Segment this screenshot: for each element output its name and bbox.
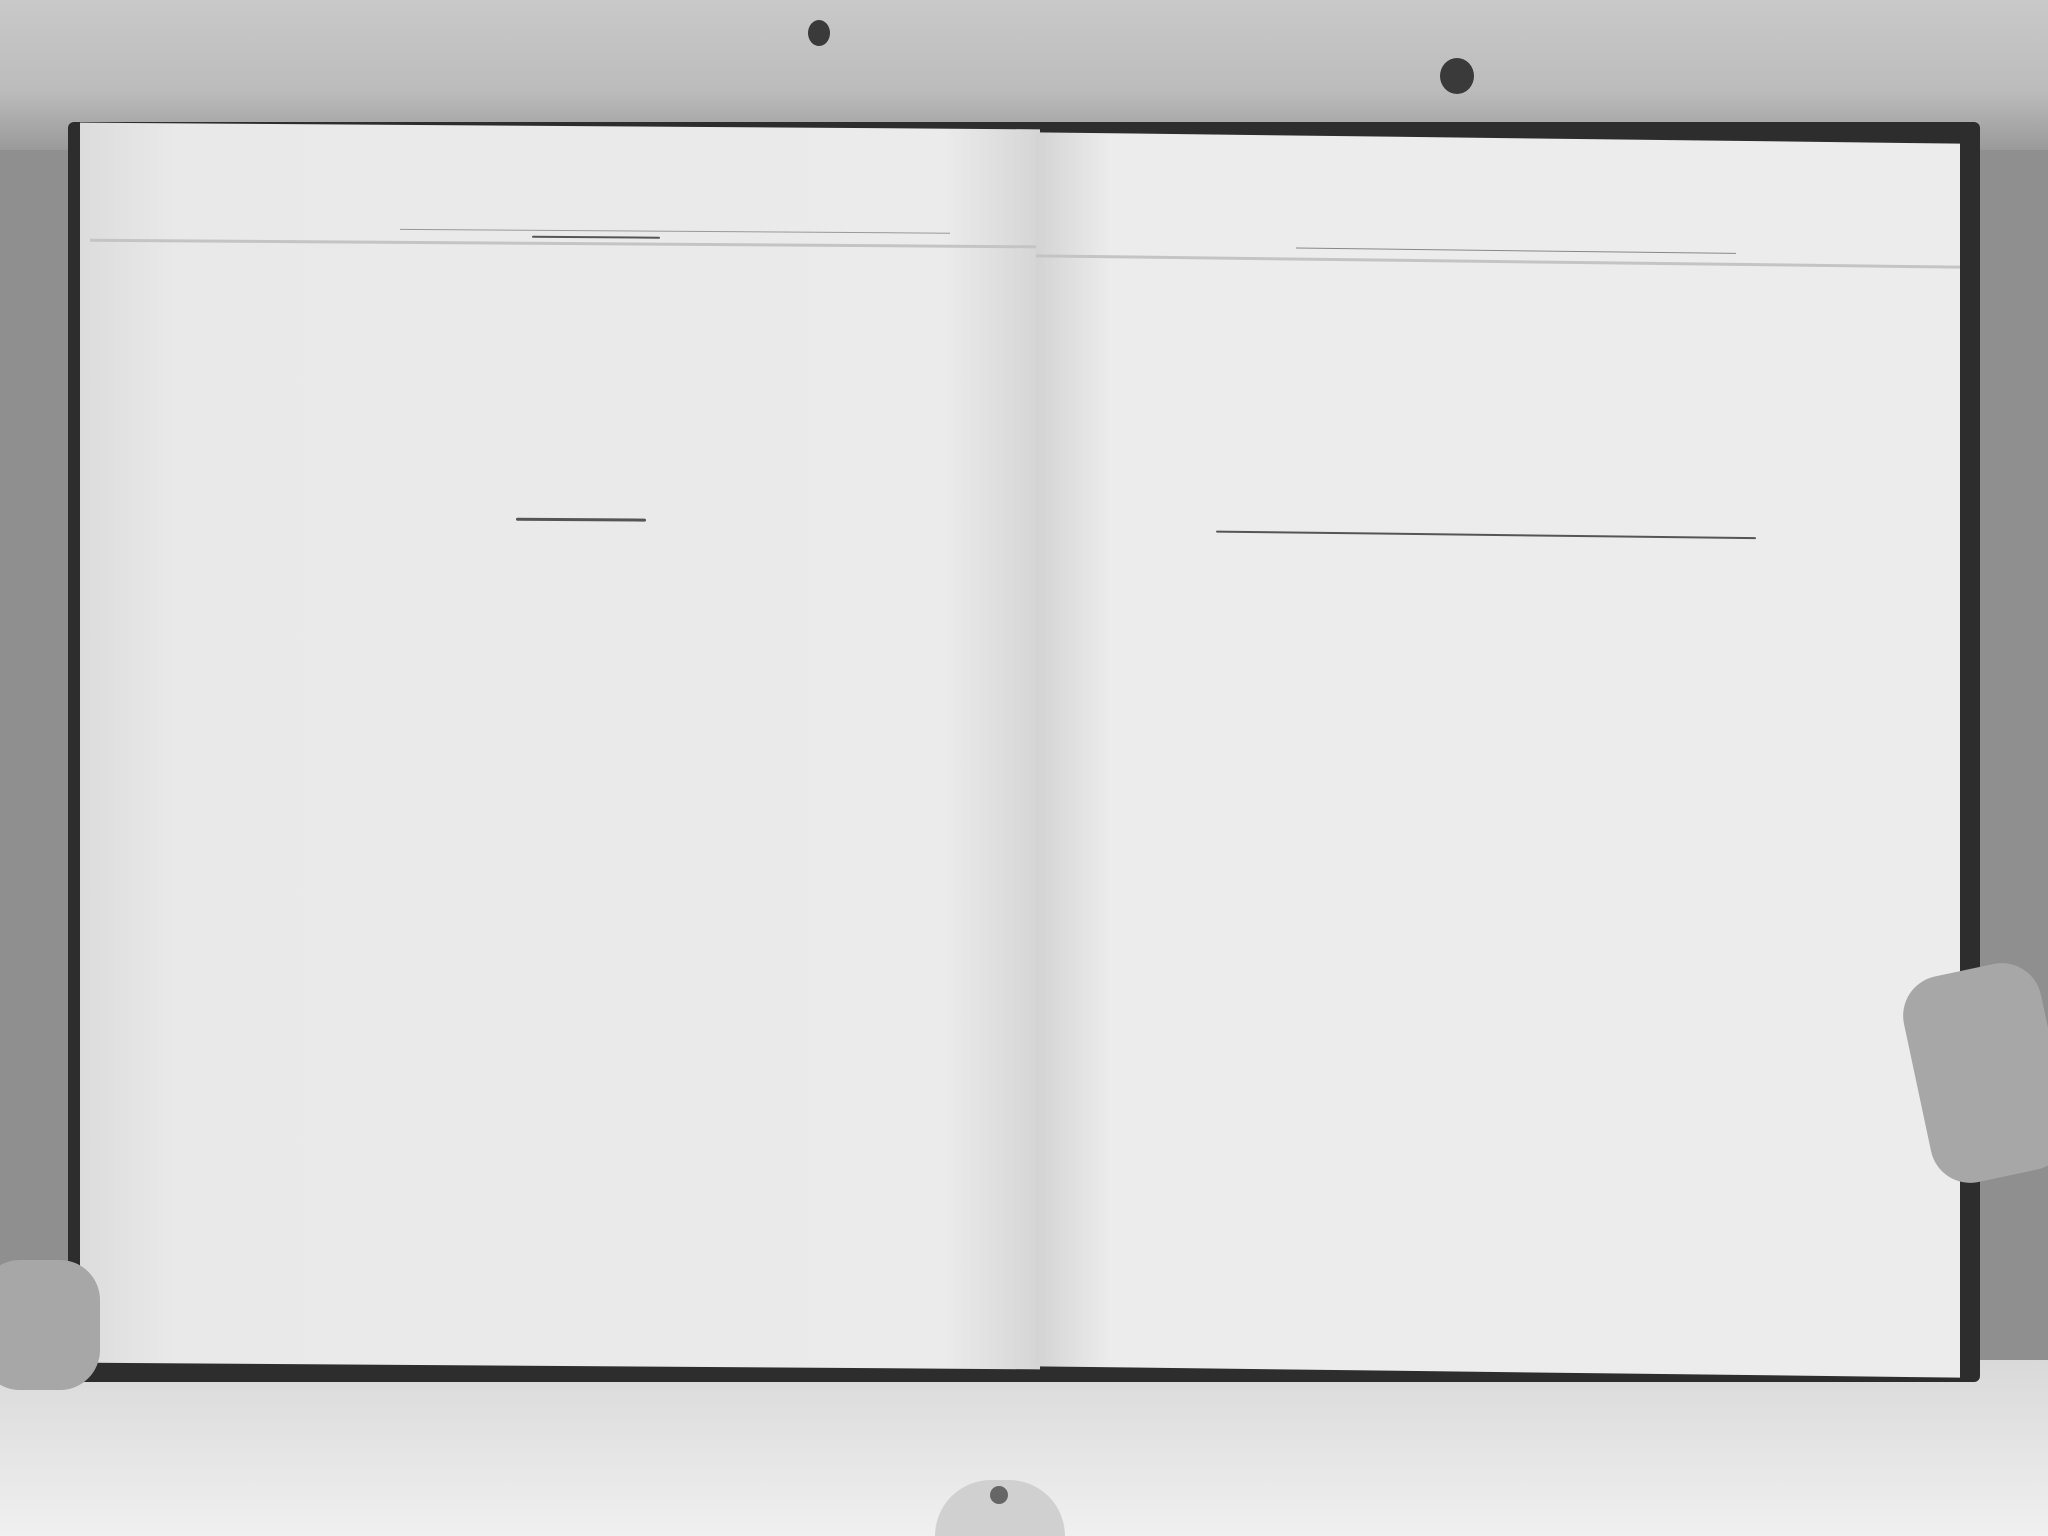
right-page [1036,132,1960,1377]
header-rule [90,239,1040,249]
col-object [240,252,360,253]
col-sky [1056,267,1196,269]
instrument-dotted-line [400,229,950,234]
finger [0,1260,100,1390]
header-rule-right [1036,254,1960,268]
wood-knot [808,20,830,46]
left-page [80,123,1040,1370]
col-started [520,254,620,255]
col-stopped [1216,269,1306,270]
instrument-underline [532,236,660,239]
wood-knot [1440,58,1474,94]
section-underline [516,518,646,522]
col-remarks [1508,286,1928,291]
section-underline-right [1216,531,1756,540]
col-ra [360,253,450,254]
date-line [1296,248,1736,254]
col-obs-ha [620,254,740,255]
